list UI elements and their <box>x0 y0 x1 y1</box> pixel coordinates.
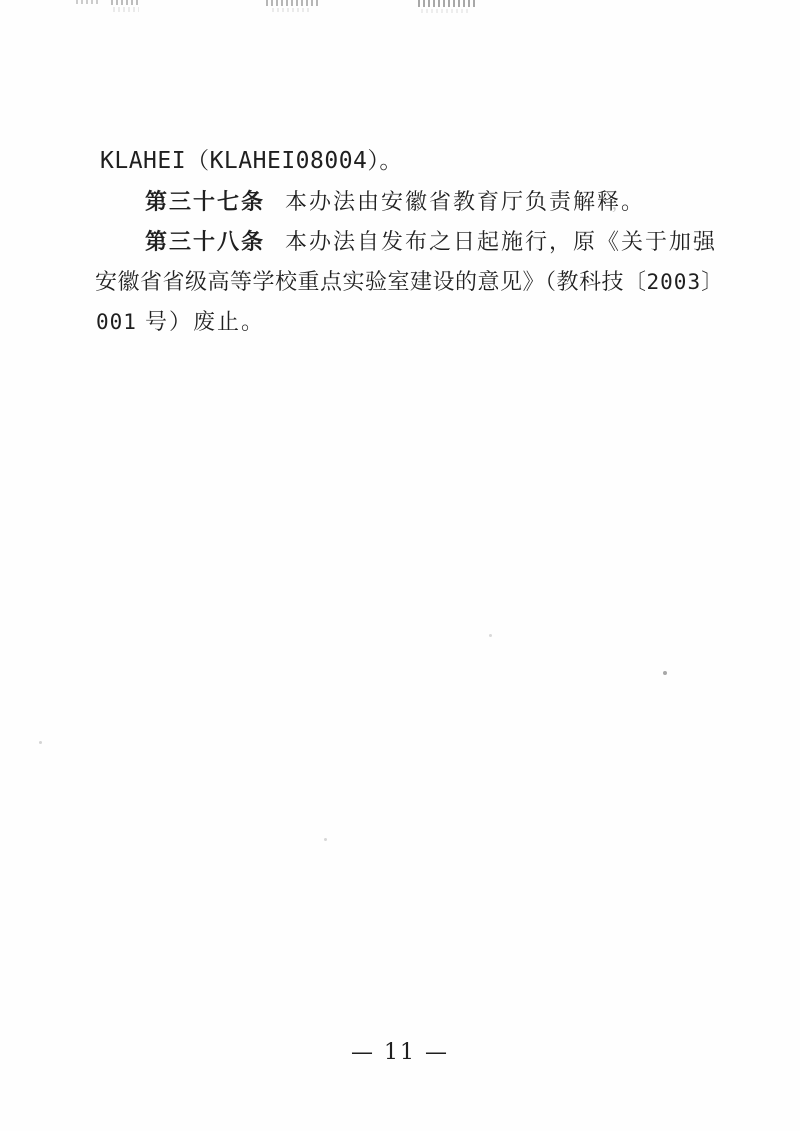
dust-speck <box>663 671 667 675</box>
article-37-paragraph: 第三十七条本办法由安徽省教育厅负责解释。 <box>145 188 645 216</box>
text-line-klahei: KLAHEI（KLAHEI08004）。 <box>100 147 403 176</box>
scan-artifact-fragment <box>421 9 471 13</box>
article-38-heading: 第三十八条 <box>145 229 265 254</box>
article-38-line-2: 安徽省省级高等学校重点实验室建设的意见》（教科技〔2003〕 <box>95 268 724 296</box>
article-38-line-2-text: 安徽省省级高等学校重点实验室建设的意见》（教科技〔 <box>95 269 647 294</box>
scan-artifact-fragment <box>266 0 318 6</box>
article-38-line-3: 001号）废止。 <box>96 308 265 336</box>
dust-speck <box>39 741 42 744</box>
scan-artifact-fragment <box>111 0 141 5</box>
scan-artifact-fragment <box>418 0 476 7</box>
scan-artifact-fragment <box>272 8 312 12</box>
scan-artifact-fragment <box>113 7 139 12</box>
dust-speck <box>324 838 327 841</box>
article-37-body: 本办法由安徽省教育厅负责解释。 <box>285 189 645 214</box>
page-footer: — 11 — <box>0 1040 800 1065</box>
article-38-line-2-year: 2003 <box>647 270 702 294</box>
document-page: , KLAHEI（KLAHEI08004）。 第三十七条本办法由安徽省教育厅负责… <box>0 0 800 1131</box>
page-number: — 11 — <box>351 1040 449 1065</box>
article-38-line-2-close: 〕 <box>701 269 724 294</box>
scan-artifact-fragment <box>76 0 100 4</box>
article-38-line-3-number: 001 <box>96 310 137 334</box>
article-38-line-3-rest: 号）废止。 <box>145 309 265 334</box>
article-38-line-1: 第三十八条本办法自发布之日起施行，原《关于加强 <box>145 228 717 256</box>
dust-speck <box>489 634 492 637</box>
article-37-heading: 第三十七条 <box>145 189 265 214</box>
article-38-body-line-1: 本办法自发布之日起施行，原《关于加强 <box>285 229 717 254</box>
